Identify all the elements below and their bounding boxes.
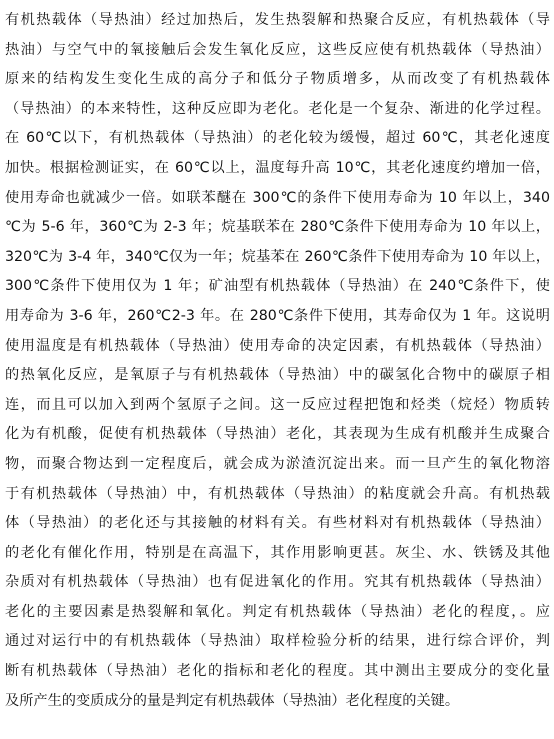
text-line-4: （导热油）的本来特性，这种反应即为老化。老化是一个复杂、渐进的化学过程。 (5, 95, 550, 125)
text-line-15: 化为有机酸，促使有机热载体（导热油）老化，其表现为生成有机酸并生成聚合 (5, 420, 550, 450)
text-line-1: 有机热载体（导热油）经过加热后，发生热裂解和热聚合反应，有机热载体（导 (5, 6, 550, 36)
document-body: 有机热载体（导热油）经过加热后，发生热裂解和热聚合反应，有机热载体（导 热油）与… (5, 6, 550, 716)
text-line-12: 使用温度是有机热载体（导热油）使用寿命的决定因素，有机热载体（导热油） (5, 332, 550, 362)
text-line-21: 老化的主要因素是热裂解和氧化。判定有机热载体（导热油）老化的程度，。应 (5, 598, 550, 628)
text-line-13: 的热氧化反应，是氧原子与有机热载体（导热油）中的碳氢化合物中的碳原子相 (5, 361, 550, 391)
text-line-24: 及所产生的变质成分的量是判定有机热载体（导热油）老化程度的关键。 (5, 687, 550, 717)
text-line-22: 通过对运行中的有机热载体（导热油）取样检验分析的结果，进行综合评价，判 (5, 627, 550, 657)
text-line-18: 体（导热油）的老化还与其接触的材料有关。有些材料对有机热载体（导热油） (5, 509, 550, 539)
text-line-5: 在 60℃以下，有机热载体（导热油）的老化较为缓慢，超过 60℃，其老化速度 (5, 124, 550, 154)
text-line-9: 320℃为 3-4 年，340℃仅为一年；烷基苯在 260℃条件下使用寿命为 1… (5, 243, 550, 273)
text-line-17: 于有机热载体（导热油）中，有机热载体（导热油）的粘度就会升高。有机热载 (5, 480, 550, 510)
text-line-14: 连，而且可以加入到两个氢原子之间。这一反应过程把饱和烃类（烷烃）物质转 (5, 391, 550, 421)
text-line-19: 的老化有催化作用，特别是在高温下，其作用影响更甚。灰尘、水、铁锈及其他 (5, 539, 550, 569)
text-line-20: 杂质对有机热载体（导热油）也有促进氧化的作用。究其有机热载体（导热油） (5, 568, 550, 598)
text-line-8: ℃为 5-6 年，360℃为 2-3 年；烷基联苯在 280℃条件下使用寿命为 … (5, 213, 550, 243)
text-line-6: 加快。根据检测证实，在 60℃以上，温度每升高 10℃，其老化速度约增加一倍， (5, 154, 550, 184)
text-line-16: 物，而聚合物达到一定程度后，就会成为淤渣沉淀出来。而一旦产生的氧化物溶 (5, 450, 550, 480)
text-line-11: 用寿命为 3-6 年，260℃2-3 年。在 280℃条件下使用，其寿命仅为 1… (5, 302, 550, 332)
text-line-7: 使用寿命也就减少一倍。如联苯醚在 300℃的条件下使用寿命为 10 年以上，34… (5, 184, 550, 214)
text-line-3: 原来的结构发生变化生成的高分子和低分子物质增多，从而改变了有机热载体 (5, 65, 550, 95)
text-line-2: 热油）与空气中的氧接触后会发生氧化反应，这些反应使有机热载体（导热油） (5, 36, 550, 66)
text-line-10: 300℃条件下使用仅为 1 年；矿油型有机热载体（导热油）在 240℃条件下，使 (5, 272, 550, 302)
text-line-23: 断有机热载体（导热油）老化的指标和老化的程度。其中测出主要成分的变化量 (5, 657, 550, 687)
